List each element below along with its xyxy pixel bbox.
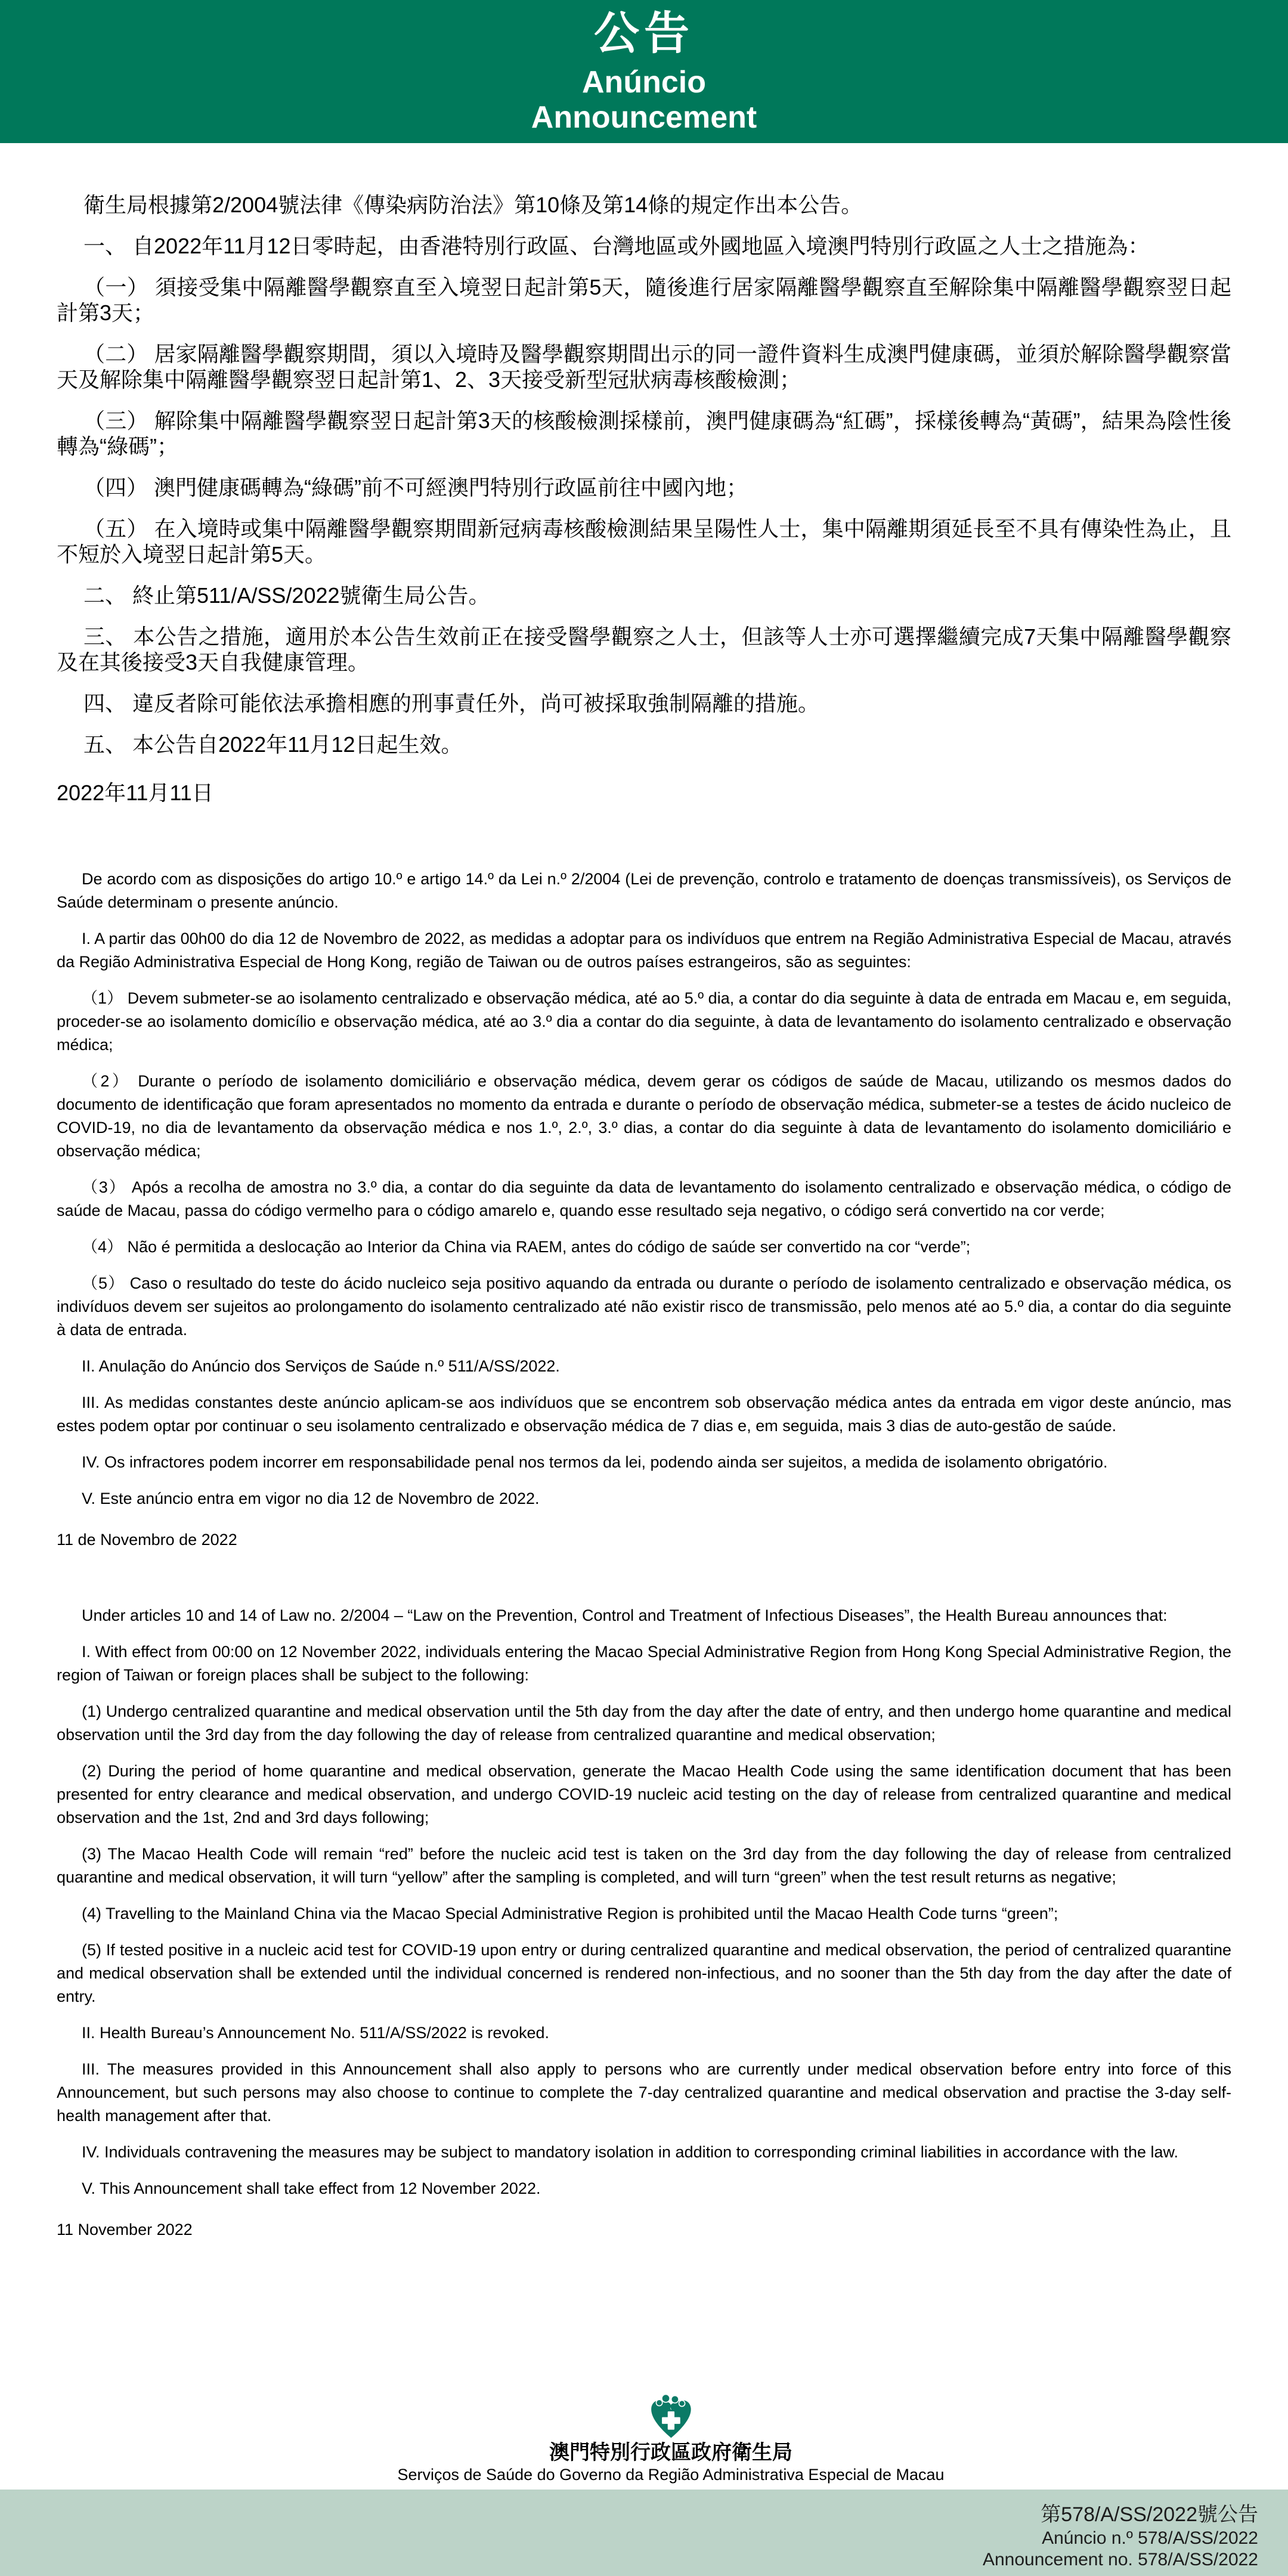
footer: 澳門特別行政區政府衛生局 Serviços de Saúde do Govern… (0, 2394, 1288, 2576)
pt-date: 11 de Novembro de 2022 (57, 1528, 1231, 1552)
zh-intro: 衛生局根據第2/2004號法律《傳染病防治法》第10條及第14條的規定作出本公告… (57, 192, 1231, 218)
header-banner: 公告 Anúncio Announcement (0, 0, 1288, 143)
bureau-name-pt: Serviços de Saúde do Governo da Região A… (27, 2466, 1288, 2484)
zh-date: 2022年11月11日 (57, 780, 1231, 806)
en-item-i: I. With effect from 00:00 on 12 November… (57, 1640, 1231, 1687)
en-date: 11 November 2022 (57, 2218, 1231, 2241)
pt-item-v: V. Este anúncio entra em vigor no dia 12… (57, 1487, 1231, 1510)
zh-item-1-3: （三） 解除集中隔離醫學觀察翌日起計第3天的核酸檢測採樣前，澳門健康碼為“紅碼”… (57, 408, 1231, 459)
pt-item-ii: II. Anulação do Anúncio dos Serviços de … (57, 1355, 1231, 1378)
bureau-name-zh: 澳門特別行政區政府衛生局 (27, 2441, 1288, 2464)
en-item-ii: II. Health Bureau’s Announcement No. 511… (57, 2021, 1231, 2045)
announcement-number-en: Announcement no. 578/A/SS/2022 (0, 2549, 1258, 2571)
zh-item-1-5: （五） 在入境時或集中隔離醫學觀察期間新冠病毒核酸檢測結果呈陽性人士，集中隔離期… (57, 516, 1231, 567)
announcement-number-pt: Anúncio n.º 578/A/SS/2022 (0, 2528, 1258, 2549)
pt-item-4: （4） Não é permitida a deslocação ao Inte… (57, 1236, 1231, 1259)
en-item-4: (4) Travelling to the Mainland China via… (57, 1902, 1231, 1925)
portuguese-section: De acordo com as disposições do artigo 1… (57, 868, 1231, 1552)
en-item-iii: III. The measures provided in this Annou… (57, 2058, 1231, 2128)
en-item-iv: IV. Individuals contravening the measure… (57, 2141, 1231, 2164)
health-bureau-heart-cross-logo (27, 2394, 1288, 2440)
chinese-section: 衛生局根據第2/2004號法律《傳染病防治法》第10條及第14條的規定作出本公告… (57, 192, 1231, 806)
document-body: 衛生局根據第2/2004號法律《傳染病防治法》第10條及第14條的規定作出本公告… (0, 192, 1288, 2241)
announcement-number-bar: 第578/A/SS/2022號公告 Anúncio n.º 578/A/SS/2… (0, 2490, 1288, 2576)
pt-item-5: （5） Caso o resultado do teste do ácido n… (57, 1272, 1231, 1342)
zh-item-4: 四、 違反者除可能依法承擔相應的刑事責任外，尚可被採取強制隔離的措施。 (57, 691, 1231, 716)
en-item-2: (2) During the period of home quarantine… (57, 1760, 1231, 1829)
announcement-title-en: Announcement (0, 101, 1288, 135)
footer-brand: 澳門特別行政區政府衛生局 Serviços de Saúde do Govern… (27, 2394, 1288, 2484)
en-item-5: (5) If tested positive in a nucleic acid… (57, 1939, 1231, 2008)
zh-item-1-4: （四） 澳門健康碼轉為“綠碼”前不可經澳門特別行政區前往中國內地； (57, 475, 1231, 500)
zh-item-2: 二、 終止第511/A/SS/2022號衛生局公告。 (57, 583, 1231, 608)
en-intro: Under articles 10 and 14 of Law no. 2/20… (57, 1604, 1231, 1627)
zh-item-1-2: （二） 居家隔離醫學觀察期間，須以入境時及醫學觀察期間出示的同一證件資料生成澳門… (57, 341, 1231, 392)
announcement-title-zh: 公告 (0, 0, 1288, 57)
zh-item-1-1: （一） 須接受集中隔離醫學觀察直至入境翌日起計第5天，隨後進行居家隔離醫學觀察直… (57, 274, 1231, 326)
en-item-v: V. This Announcement shall take effect f… (57, 2177, 1231, 2200)
pt-item-iii: III. As medidas constantes deste anúncio… (57, 1391, 1231, 1438)
announcement-title-pt: Anúncio (0, 66, 1288, 100)
en-item-1: (1) Undergo centralized quarantine and m… (57, 1700, 1231, 1747)
pt-item-i: I. A partir das 00h00 do dia 12 de Novem… (57, 927, 1231, 974)
pt-item-2: （2） Durante o período de isolamento domi… (57, 1070, 1231, 1163)
pt-item-iv: IV. Os infractores podem incorrer em res… (57, 1451, 1231, 1474)
announcement-number-zh: 第578/A/SS/2022號公告 (0, 2501, 1258, 2528)
pt-item-3: （3） Após a recolha de amostra no 3.º dia… (57, 1176, 1231, 1222)
en-item-3: (3) The Macao Health Code will remain “r… (57, 1843, 1231, 1889)
pt-intro: De acordo com as disposições do artigo 1… (57, 868, 1231, 914)
english-section: Under articles 10 and 14 of Law no. 2/20… (57, 1604, 1231, 2241)
zh-item-1: 一、 自2022年11月12日零時起，由香港特別行政區、台灣地區或外國地區入境澳… (57, 233, 1231, 259)
zh-item-3: 三、 本公告之措施，適用於本公告生效前正在接受醫學觀察之人士，但該等人士亦可選擇… (57, 624, 1231, 675)
zh-item-5: 五、 本公告自2022年11月12日起生效。 (57, 732, 1231, 757)
pt-item-1: （1） Devem submeter-se ao isolamento cent… (57, 987, 1231, 1057)
